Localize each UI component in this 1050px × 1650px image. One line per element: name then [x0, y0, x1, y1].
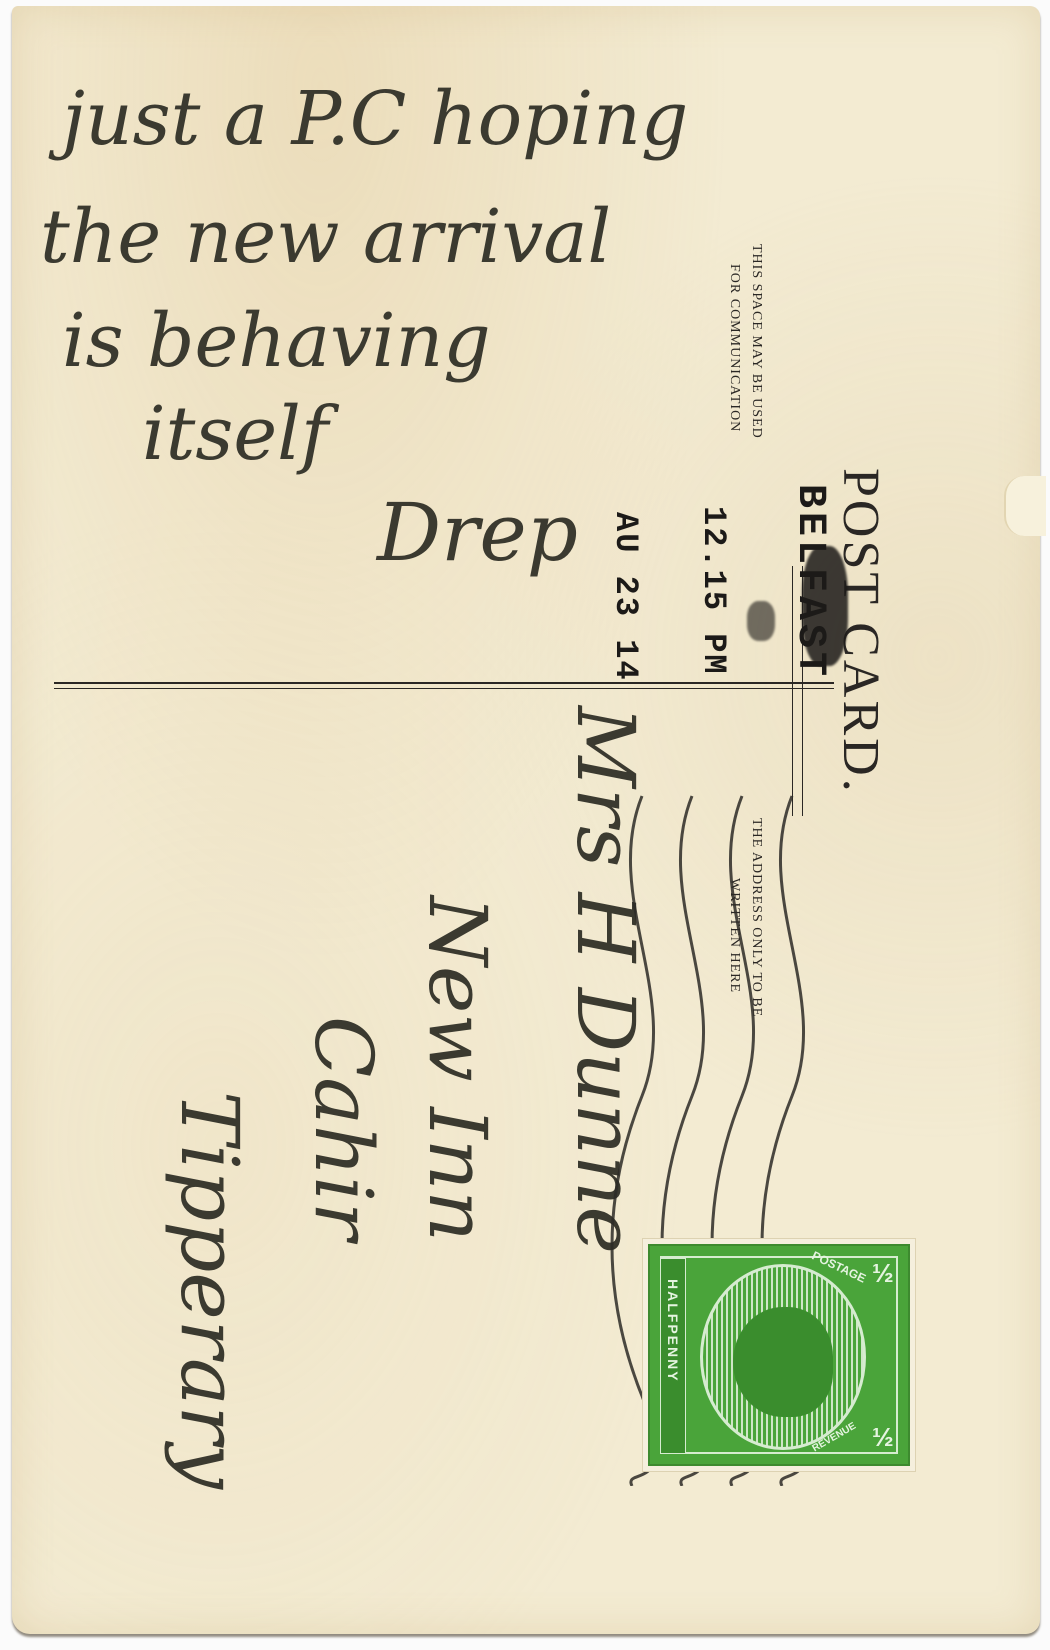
- address-line-2: New Inn: [411, 896, 504, 1242]
- message-signature: Drep: [377, 486, 578, 579]
- message-line-1: just a P.C hoping: [62, 76, 688, 162]
- communication-label-line-1: THIS SPACE MAY BE USED: [748, 244, 764, 439]
- stamp-value-bottom: ½: [872, 1422, 894, 1453]
- message-line-3: is behaving: [62, 298, 491, 384]
- stamp-side-label: HALFPENNY: [665, 1279, 681, 1383]
- communication-label-line-2: FOR COMMUNICATION: [726, 264, 742, 432]
- postmark-date: AU 23 14: [607, 512, 644, 682]
- postmark-ink-spatter: [747, 601, 775, 641]
- torn-edge: [1004, 476, 1046, 536]
- divider-line-secondary: [54, 688, 834, 689]
- stamp-value-top: ½: [872, 1258, 894, 1289]
- divider-line: [54, 682, 834, 684]
- king-portrait-icon: [733, 1307, 833, 1417]
- postmark-ink-smudge: [802, 546, 848, 666]
- postmark-time: 12.15 PM: [695, 506, 732, 676]
- halfpenny-stamp: HALFPENNY POSTAGE ½ ½ REVENUE: [648, 1244, 910, 1466]
- stamp-side-panel: HALFPENNY: [660, 1258, 686, 1454]
- message-line-4: itself: [142, 391, 328, 477]
- address-line-3: Cahir: [297, 1016, 390, 1240]
- message-line-2: the new arrival: [40, 194, 611, 280]
- stamp-medallion: [700, 1264, 866, 1450]
- postcard-back: just a P.C hoping the new arrival is beh…: [12, 6, 1040, 1634]
- address-line-4: Tipperary: [163, 1091, 256, 1489]
